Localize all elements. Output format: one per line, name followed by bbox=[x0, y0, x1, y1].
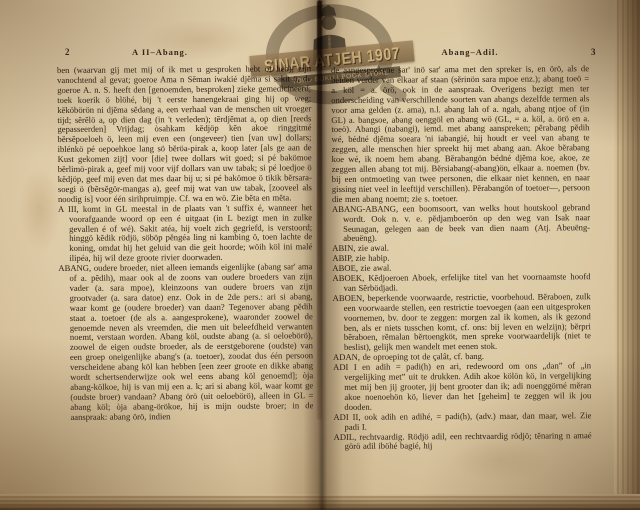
dictionary-paragraph: ben (waarvan gij met mij of ik met u ges… bbox=[57, 64, 312, 204]
page-edge-stack-bottom bbox=[0, 494, 640, 510]
dictionary-entry-abang: ABANG, oudere broeder, niet alleen ieman… bbox=[58, 262, 313, 422]
left-page-text: ben (waarvan gij met mij of ik met u ges… bbox=[57, 64, 313, 422]
dictionary-entry-a-iii: A III, komt in GL meestal in de plaats v… bbox=[58, 203, 312, 264]
page-number-right: 3 bbox=[591, 47, 596, 57]
dictionary-paragraph: de aangesprokene sar' inö sar' ama met d… bbox=[331, 64, 590, 204]
dictionary-entry-adil: ADIL, rechtvaardig. Rödjö adil, een rech… bbox=[334, 431, 592, 453]
dictionary-entry-aboen: ABOEN, beperkende voorwaarde, restrictie… bbox=[333, 292, 591, 353]
dictionary-entry-abang-abang: ABANG-ABANG, een boomsoort, van welks ho… bbox=[332, 203, 590, 244]
page-edge-stack-right bbox=[614, 0, 640, 510]
dictionary-entry-adi-i: ADI I en adih = padi(h) en ari, redewoor… bbox=[333, 361, 591, 412]
dictionary-entry-adi-ii: ADI II, ook adih en adihé, = padi(h), (a… bbox=[333, 411, 591, 433]
binding-crease bbox=[317, 0, 322, 420]
book-photo: 2 A II–Abang. Abang–Adil. 3 ben (waarvan… bbox=[0, 0, 640, 510]
right-page-text: de aangesprokene sar' inö sar' ama met d… bbox=[331, 64, 592, 452]
running-header-right: Abang–Adil. bbox=[350, 47, 590, 57]
running-header-left: A II–Abang. bbox=[40, 47, 280, 57]
